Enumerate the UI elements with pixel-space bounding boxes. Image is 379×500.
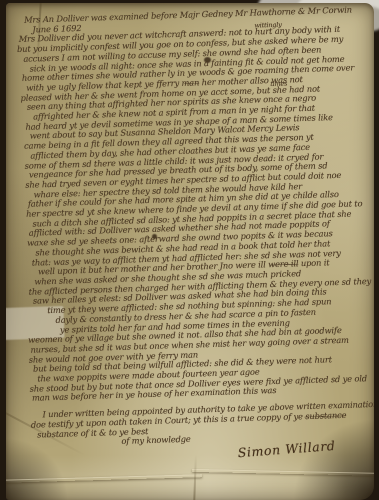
fold-crease-horizontal-left [6, 474, 202, 483]
fold-crease-vertical-bottom [193, 455, 197, 500]
manuscript-photo: Mrs An Dolliver was examined before Majr… [0, 0, 379, 500]
fold-crease-horizontal-right [192, 469, 374, 476]
manuscript-page: Mrs An Dolliver was examined before Majr… [6, 3, 374, 500]
manuscript-text: Mrs An Dolliver was examined before Majr… [16, 5, 374, 467]
